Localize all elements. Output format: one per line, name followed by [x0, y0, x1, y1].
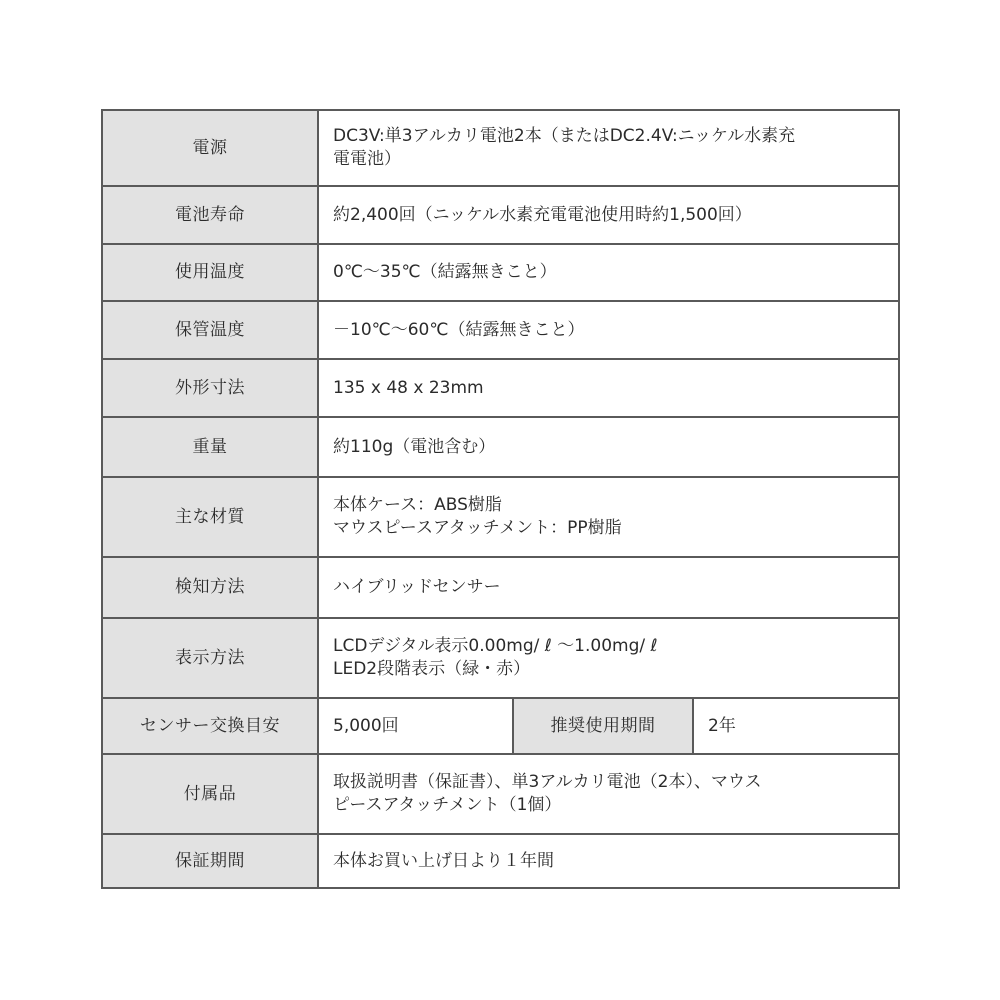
spec-label: 主な材質 [102, 477, 318, 557]
spec-value-line: ピースアタッチメント（1個） [333, 794, 890, 817]
spec-label: センサー交換目安 [102, 698, 318, 754]
spec-label: 保証期間 [102, 834, 318, 888]
spec-value-recommended-period: 2年 [693, 698, 899, 754]
spec-row-detection: 検知方法 ハイブリッドセンサー [102, 557, 899, 618]
spec-label: 電源 [102, 110, 318, 186]
spec-row-dimensions: 外形寸法 135 x 48 x 23mm [102, 359, 899, 417]
spec-value-line: マウスピースアタッチメント：PP樹脂 [333, 517, 890, 540]
spec-value-line: LED2段階表示（緑・赤） [333, 658, 890, 681]
spec-row-sensor-replacement: センサー交換目安 5,000回 推奨使用期間 2年 [102, 698, 899, 754]
spec-row-operating-temp: 使用温度 0℃～35℃（結露無きこと） [102, 244, 899, 301]
spec-label: 表示方法 [102, 618, 318, 698]
spec-label: 重量 [102, 417, 318, 477]
spec-label: 電池寿命 [102, 186, 318, 244]
spec-value-line: ハイブリッドセンサー [333, 576, 890, 599]
spec-value-line: 本体お買い上げ日より１年間 [333, 850, 890, 873]
spec-value-line: 取扱説明書（保証書）、単3アルカリ電池（2本）、マウス [333, 771, 890, 794]
spec-label: 付属品 [102, 754, 318, 834]
spec-row-battery-life: 電池寿命 約2,400回（ニッケル水素充電電池使用時約1,500回） [102, 186, 899, 244]
spec-row-warranty: 保証期間 本体お買い上げ日より１年間 [102, 834, 899, 888]
spec-row-materials: 主な材質 本体ケース：ABS樹脂 マウスピースアタッチメント：PP樹脂 [102, 477, 899, 557]
spec-value: 5,000回 [318, 698, 513, 754]
spec-value: LCDデジタル表示0.00mg/ ℓ ～1.00mg/ ℓ LED2段階表示（緑… [318, 618, 899, 698]
spec-value-line: LCDデジタル表示0.00mg/ ℓ ～1.00mg/ ℓ [333, 635, 890, 658]
spec-value-line: 本体ケース：ABS樹脂 [333, 494, 890, 517]
spec-label: 検知方法 [102, 557, 318, 618]
spec-value-line: 135 x 48 x 23mm [333, 377, 890, 400]
spec-label: 使用温度 [102, 244, 318, 301]
spec-value: －10℃～60℃（結露無きこと） [318, 301, 899, 359]
spec-row-display: 表示方法 LCDデジタル表示0.00mg/ ℓ ～1.00mg/ ℓ LED2段… [102, 618, 899, 698]
spec-table: 電源 DC3V:単3アルカリ電池2本（またはDC2.4V:ニッケル水素充 電電池… [101, 109, 900, 889]
spec-label-recommended-period: 推奨使用期間 [513, 698, 693, 754]
spec-row-storage-temp: 保管温度 －10℃～60℃（結露無きこと） [102, 301, 899, 359]
spec-label: 外形寸法 [102, 359, 318, 417]
spec-label: 保管温度 [102, 301, 318, 359]
spec-row-power: 電源 DC3V:単3アルカリ電池2本（またはDC2.4V:ニッケル水素充 電電池… [102, 110, 899, 186]
spec-value-line: DC3V:単3アルカリ電池2本（またはDC2.4V:ニッケル水素充 [333, 125, 890, 148]
spec-value: 取扱説明書（保証書）、単3アルカリ電池（2本）、マウス ピースアタッチメント（1… [318, 754, 899, 834]
spec-value: 本体お買い上げ日より１年間 [318, 834, 899, 888]
spec-value: DC3V:単3アルカリ電池2本（またはDC2.4V:ニッケル水素充 電電池） [318, 110, 899, 186]
spec-row-weight: 重量 約110g（電池含む） [102, 417, 899, 477]
spec-value-line: 0℃～35℃（結露無きこと） [333, 261, 890, 284]
spec-value: ハイブリッドセンサー [318, 557, 899, 618]
spec-value: 135 x 48 x 23mm [318, 359, 899, 417]
spec-value-line: －10℃～60℃（結露無きこと） [333, 319, 890, 342]
spec-value: 本体ケース：ABS樹脂 マウスピースアタッチメント：PP樹脂 [318, 477, 899, 557]
spec-value: 0℃～35℃（結露無きこと） [318, 244, 899, 301]
spec-value: 約110g（電池含む） [318, 417, 899, 477]
spec-value-line: 5,000回 [333, 715, 504, 738]
spec-value-line: 約2,400回（ニッケル水素充電電池使用時約1,500回） [333, 204, 890, 227]
spec-value-line: 電電池） [333, 148, 890, 171]
spec-value: 約2,400回（ニッケル水素充電電池使用時約1,500回） [318, 186, 899, 244]
spec-value-line: 約110g（電池含む） [333, 436, 890, 459]
spec-row-accessories: 付属品 取扱説明書（保証書）、単3アルカリ電池（2本）、マウス ピースアタッチメ… [102, 754, 899, 834]
